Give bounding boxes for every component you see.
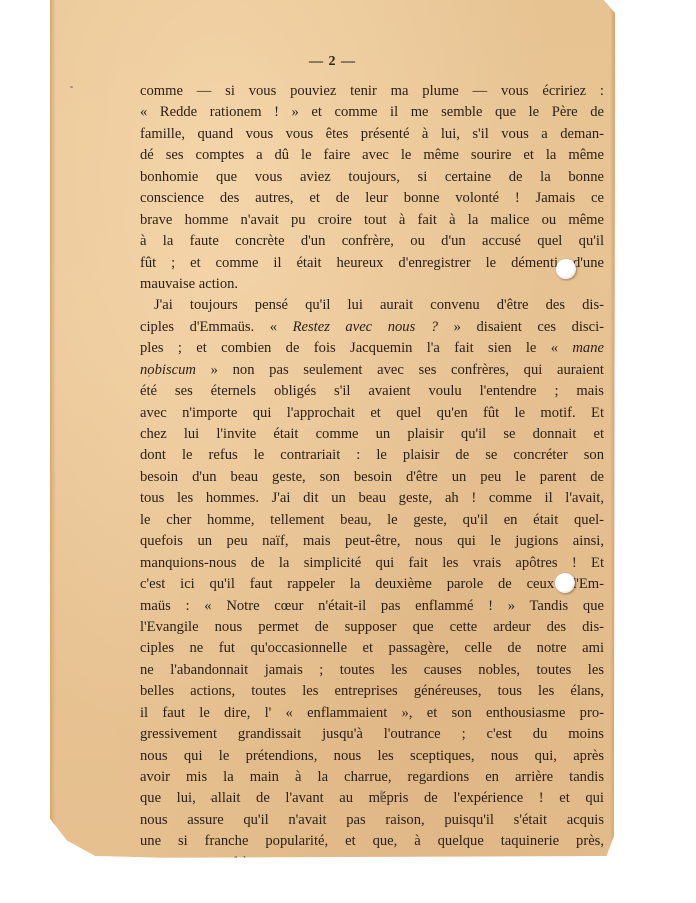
text-line: « Redde rationem ! » et comme il me semb… bbox=[140, 102, 604, 123]
text-line: nobiscum » non pas seulement avec ses co… bbox=[140, 360, 604, 381]
text-line: tous ses confrères, — et disons tous ceu… bbox=[140, 853, 604, 874]
punch-hole-lower bbox=[555, 573, 575, 593]
text-line: été ses éternels obligés s'il avaient vo… bbox=[140, 381, 604, 402]
text-line: une si franche popularité, et que, à que… bbox=[140, 831, 604, 852]
text-line: comme — si vous pouviez tenir ma plume —… bbox=[140, 81, 604, 102]
text-line: c'est ici qu'il faut rappeler la deuxièm… bbox=[140, 574, 604, 595]
paper-speck bbox=[210, 798, 212, 800]
paper-speck bbox=[70, 86, 73, 88]
text-line: brave homme n'avait pu croire tout à fai… bbox=[140, 210, 604, 231]
text-line: à la faute concrète d'un confrère, ou d'… bbox=[140, 231, 604, 252]
text-line: mauvaise action. bbox=[140, 274, 604, 295]
paper-speck bbox=[148, 375, 150, 377]
text-line: gressivement grandissait jusqu'à l'outra… bbox=[140, 724, 604, 745]
body-text: comme — si vous pouviez tenir ma plume —… bbox=[140, 81, 604, 874]
text-line: fût ; et comme il était heureux d'enregi… bbox=[140, 253, 604, 274]
text-line: dont le refus le contrariait : le plaisi… bbox=[140, 445, 604, 466]
paper-speck bbox=[380, 790, 383, 802]
page-number: — 2 — bbox=[50, 54, 615, 70]
text-line: conscience des autres, et de leur bonne … bbox=[140, 188, 604, 209]
text-line: nous qui le prétendions, nous les scepti… bbox=[140, 746, 604, 767]
text-line: ples ; et combien de fois Jacquemin l'a … bbox=[140, 338, 604, 359]
text-line: ne l'abandonnait jamais ; toutes les cau… bbox=[140, 660, 604, 681]
text-line: tous les hommes. J'ai dit un beau geste,… bbox=[140, 488, 604, 509]
text-line: ciples d'Emmaüs. « Restez avec nous ? » … bbox=[140, 317, 604, 338]
text-line: il faut le dire, l' « enflammaient », et… bbox=[140, 703, 604, 724]
text-line: l'Evangile nous permet de supposer que c… bbox=[140, 617, 604, 638]
text-line: avec n'importe qui l'approchait et quel … bbox=[140, 403, 604, 424]
text-line: le cher homme, tellement beau, le geste,… bbox=[140, 510, 604, 531]
text-line: besoin d'un beau geste, son besoin d'êtr… bbox=[140, 467, 604, 488]
text-line: J'ai toujours pensé qu'il lui aurait con… bbox=[140, 295, 604, 316]
text-line: belles actions, toutes les entreprises g… bbox=[140, 681, 604, 702]
text-line: dé ses comptes a dû le faire avec le mêm… bbox=[140, 145, 604, 166]
text-line: quefois un peu naïf, mais peut-être, nou… bbox=[140, 531, 604, 552]
punch-hole-upper bbox=[556, 259, 576, 279]
paper-page: — 2 — comme — si vous pouviez tenir ma p… bbox=[50, 0, 615, 862]
text-line: ciples ne fut qu'occasionnelle et passag… bbox=[140, 638, 604, 659]
text-line: maüs : « Notre cœur n'était-il pas enfla… bbox=[140, 596, 604, 617]
text-line: bonhomie que vous aviez toujours, si cer… bbox=[140, 167, 604, 188]
text-line: nous assure qu'il n'avait pas raison, pu… bbox=[140, 810, 604, 831]
text-line: famille, quand vous vous êtes présenté à… bbox=[140, 124, 604, 145]
text-line: chez lui l'invite était comme un plaisir… bbox=[140, 424, 604, 445]
text-line: avoir mis la main à la charrue, regardio… bbox=[140, 767, 604, 788]
text-line: manquions-nous de la simplicité qui fait… bbox=[140, 553, 604, 574]
